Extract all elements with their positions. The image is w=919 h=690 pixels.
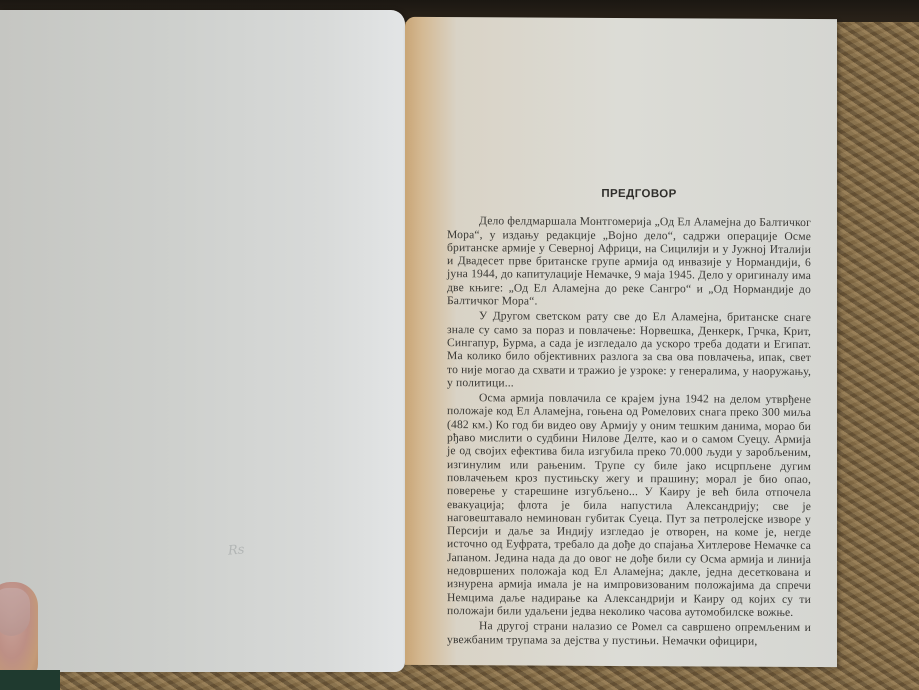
background-corner [0, 670, 60, 690]
paragraph-3: Осма армија повлачила се крајем јуна 194… [447, 391, 811, 619]
left-page-blank: Rs [0, 10, 405, 672]
page-text-block: ПРЕДГОВОР Дело фелдмаршала Монтгомерија … [447, 187, 811, 650]
right-page: ПРЕДГОВОР Дело фелдмаршала Монтгомерија … [405, 17, 837, 667]
paragraph-1: Дело фелдмаршала Монтгомерија „Од Ел Ала… [447, 214, 811, 309]
thumbnail-highlight [0, 588, 30, 636]
page-heading: ПРЕДГОВОР [447, 187, 811, 202]
paragraph-2: У Другом светском рату све до Ел Аламејн… [447, 309, 811, 391]
paragraph-4: На другој страни налазио се Ромел са сав… [447, 619, 811, 647]
pencil-note: Rs [227, 542, 244, 558]
